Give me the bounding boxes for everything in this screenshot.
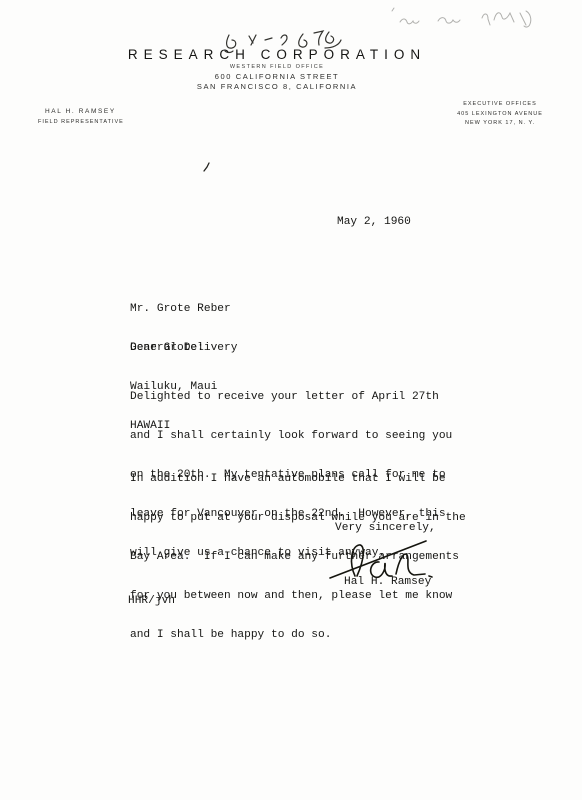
field-representative-block: HAL H. RAMSEY FIELD REPRESENTATIVE — [38, 108, 124, 125]
letter-page: RESEARCH CORPORATION WESTERN FIELD OFFIC… — [0, 0, 582, 800]
representative-name: HAL H. RAMSEY — [45, 108, 124, 115]
handwritten-note-top-right — [386, 5, 568, 33]
recipient-name: Mr. Grote Reber — [130, 303, 237, 316]
letter-date: May 2, 1960 — [337, 216, 411, 229]
letterhead-street: 600 CALIFORNIA STREET — [0, 72, 568, 81]
signature-name: Hal H. Ramsey — [344, 576, 431, 589]
executive-offices-block: EXECUTIVE OFFICES 405 LEXINGTON AVENUE N… — [430, 101, 570, 130]
letterhead-city: SAN FRANCISCO 8, CALIFORNIA — [0, 82, 568, 91]
salutation: Dear Grote: — [130, 342, 204, 355]
representative-title: FIELD REPRESENTATIVE — [38, 119, 124, 125]
executive-offices-label: EXECUTIVE OFFICES — [430, 101, 570, 107]
reference-initials: HHR/jvh — [128, 595, 175, 608]
executive-offices-city: NEW YORK 17, N. Y. — [430, 120, 570, 126]
paragraph-line: In addition I have an automobile that I … — [130, 473, 466, 486]
paragraph-line: Delighted to receive your letter of Apri… — [130, 391, 452, 404]
executive-offices-street: 405 LEXINGTON AVENUE — [430, 111, 570, 117]
closing-phrase: Very sincerely, — [335, 522, 436, 535]
paragraph-line: for you between now and then, please let… — [130, 590, 466, 603]
stray-pen-mark — [202, 161, 212, 173]
paragraph-line: and I shall be happy to do so. — [130, 629, 466, 642]
letterhead-office: WESTERN FIELD OFFICE — [0, 64, 568, 70]
letterhead-company: RESEARCH CORPORATION — [0, 47, 568, 62]
paragraph-line: and I shall certainly look forward to se… — [130, 430, 452, 443]
